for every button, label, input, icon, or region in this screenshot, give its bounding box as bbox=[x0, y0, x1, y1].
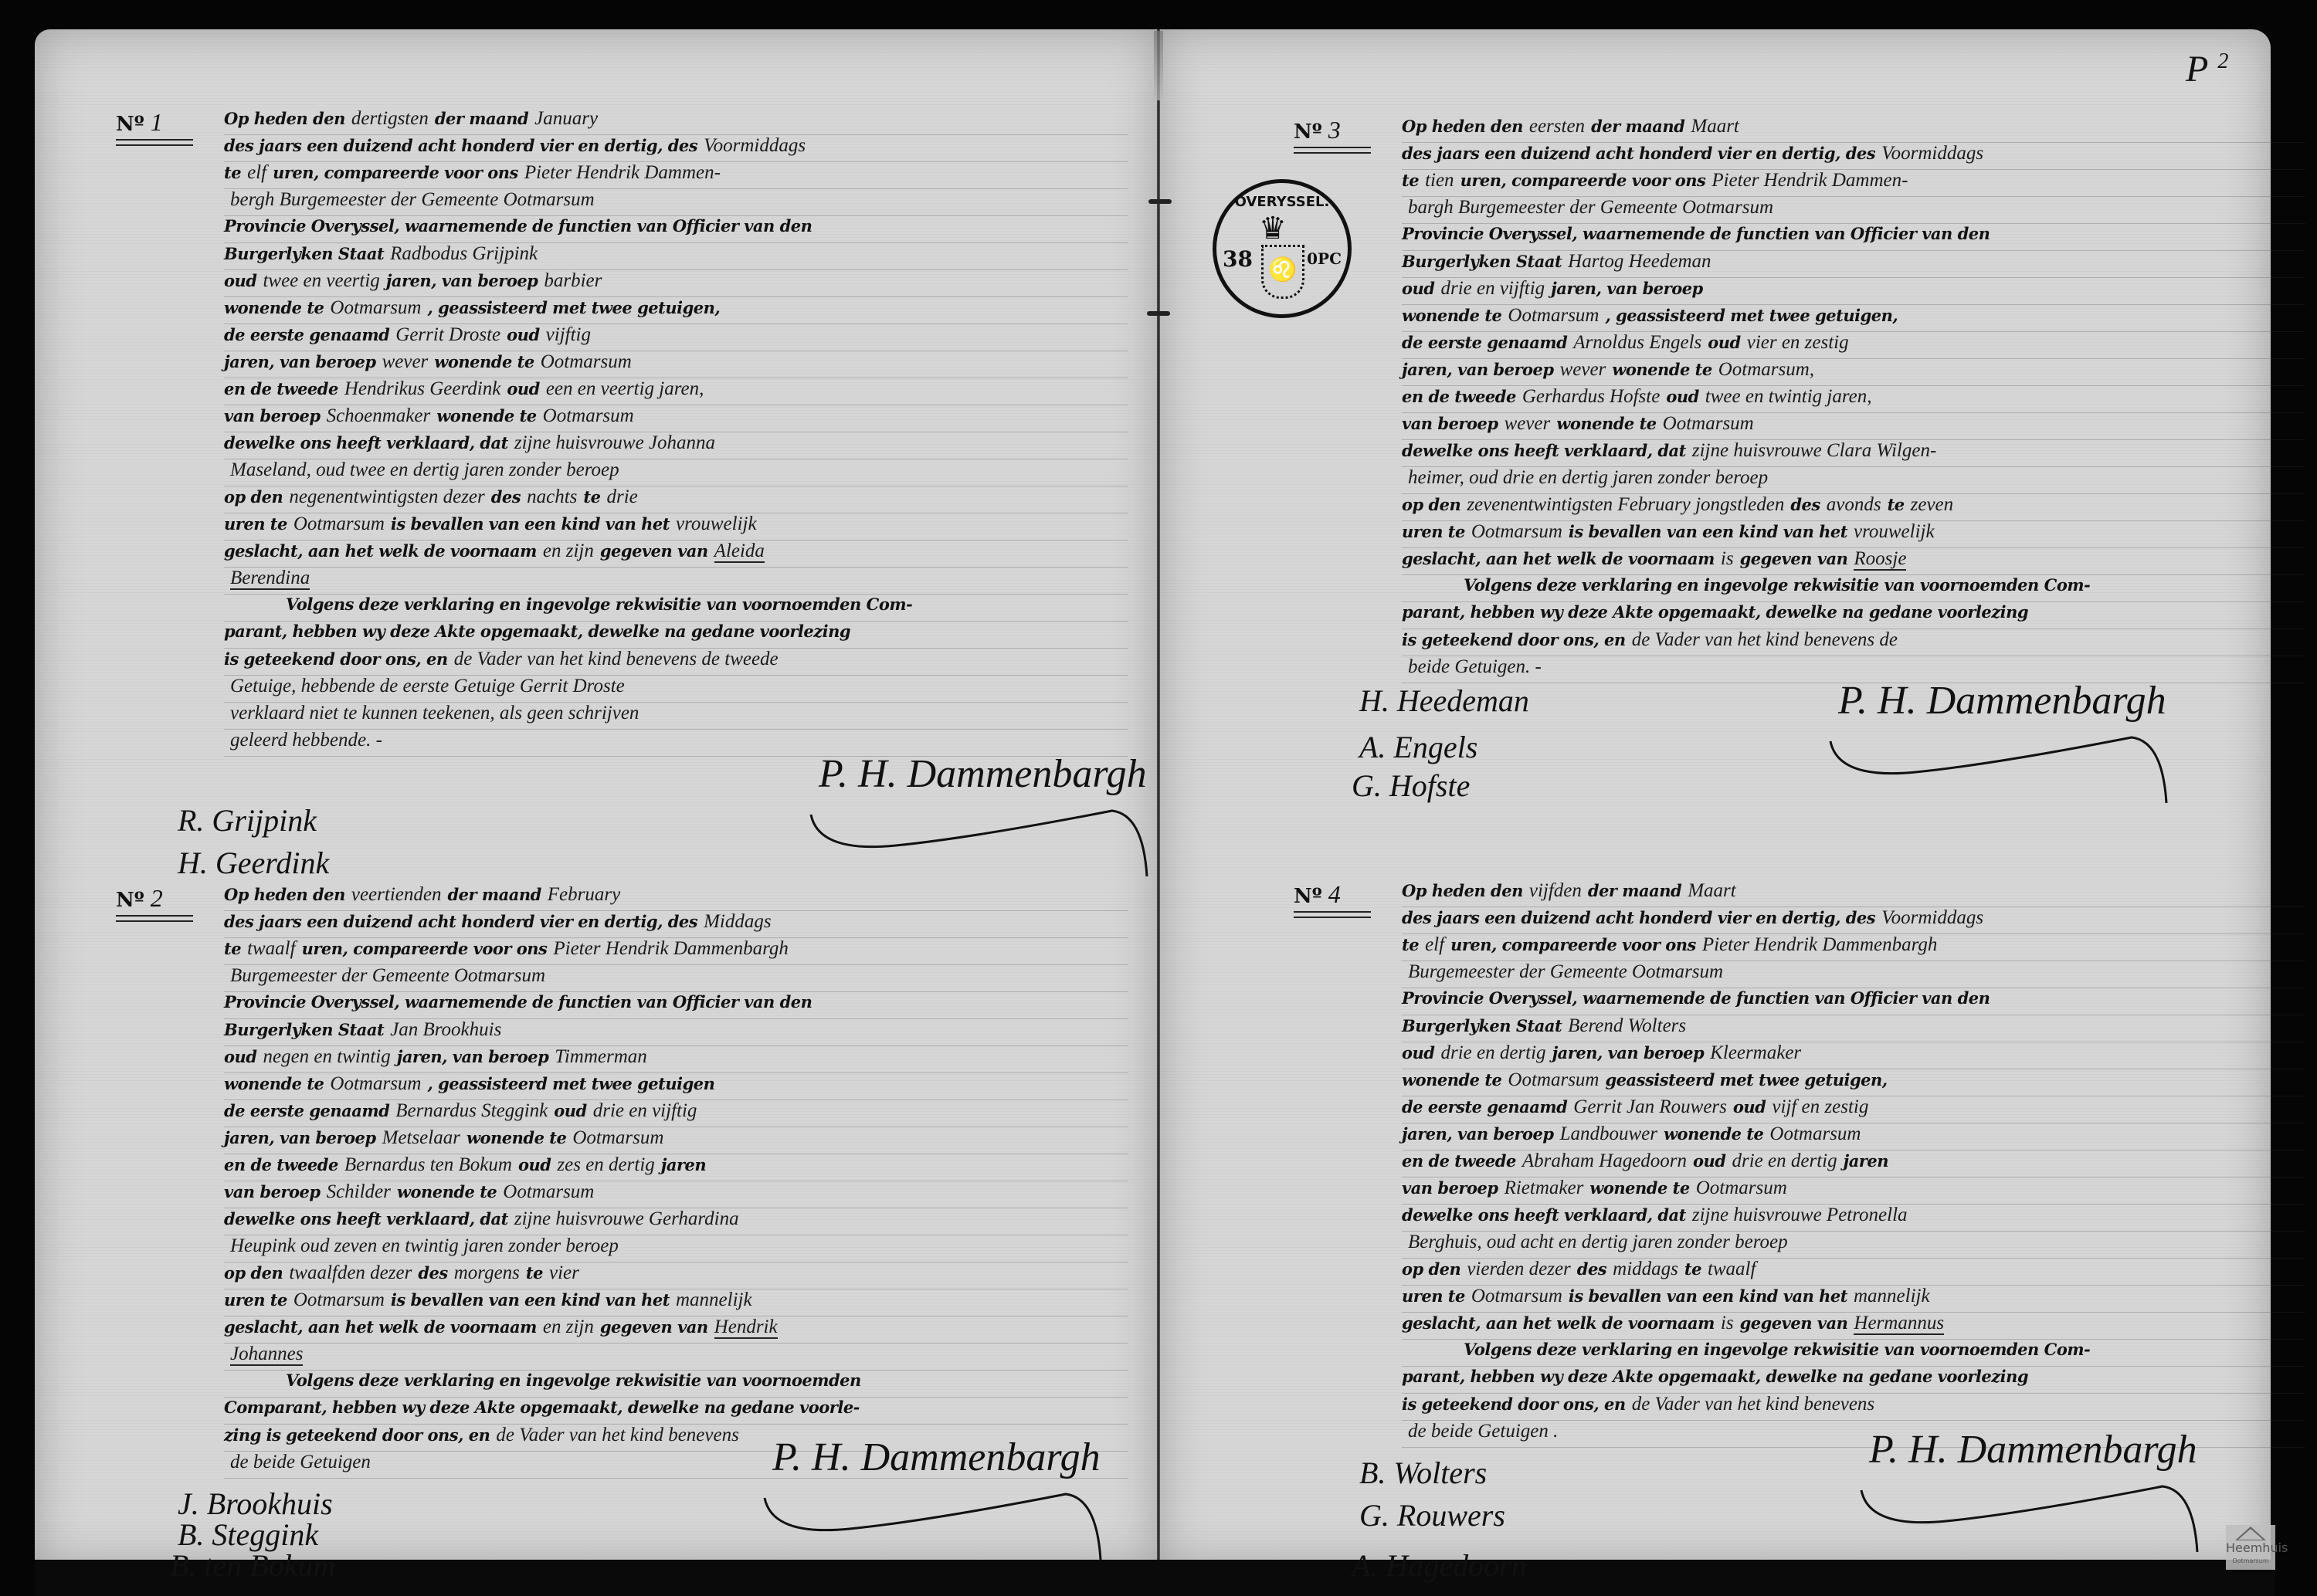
printed-text: Burgerlyken Staat bbox=[224, 1020, 384, 1039]
house-roof-icon bbox=[2235, 1527, 2266, 1540]
handwritten-entry: twaalfden dezer bbox=[289, 1262, 412, 1283]
record-line: Getuige, hebbende de eerste Getuige Gerr… bbox=[224, 676, 1128, 703]
handwritten-entry: Rietmaker bbox=[1505, 1178, 1584, 1198]
printed-text: wonende te bbox=[466, 1128, 566, 1147]
record-line: teelfuren, compareerde voor onsPieter He… bbox=[1402, 934, 2305, 961]
handwritten-entry: Hendrikus Geerdink bbox=[344, 378, 501, 399]
handwritten-entry: elf bbox=[247, 162, 266, 183]
witness-signature: A. Hagedoorn bbox=[1352, 1544, 1527, 1588]
printed-text: de eerste genaamd bbox=[224, 325, 389, 344]
record-line: Op heden denvijfdender maandMaart bbox=[1402, 880, 2305, 907]
handwritten-entry: Ootmarsum bbox=[543, 405, 634, 426]
book-spine bbox=[1157, 29, 1160, 1566]
printed-text: jaren, van beroep bbox=[1402, 1124, 1554, 1144]
handwritten-entry: Berendina bbox=[230, 568, 310, 590]
printed-text: te bbox=[526, 1263, 543, 1283]
handwritten-entry: Roosje bbox=[1854, 548, 1906, 571]
record-line: de eerste genaamdBernardus Stegginkouddr… bbox=[224, 1100, 1128, 1127]
birth-record-3: Nº3Op heden deneerstender maandMaartdes … bbox=[1402, 116, 2305, 683]
printed-text: te bbox=[224, 939, 241, 958]
printed-text: wonende te bbox=[434, 352, 534, 371]
printed-text: te bbox=[1888, 495, 1905, 514]
handwritten-entry: Voormiddags bbox=[1881, 143, 1983, 164]
handwritten-entry: Ootmarsum, bbox=[1718, 359, 1814, 380]
printed-text: op den bbox=[1402, 1259, 1460, 1279]
witness-signature: B. ten Bokum bbox=[170, 1544, 335, 1588]
record-line: Volgens deze verklaring en ingevolge rek… bbox=[224, 595, 1128, 622]
handwritten-entry: drie bbox=[606, 486, 637, 507]
record-line: Comparant, hebben wy deze Akte opgemaakt… bbox=[224, 1398, 1128, 1425]
printed-text: is geteekend door ons, en bbox=[1402, 630, 1626, 649]
printed-text: Op heden den bbox=[224, 109, 345, 128]
handwritten-entry: Aleida bbox=[714, 540, 765, 563]
handwritten-entry: vrouwelijk bbox=[1854, 521, 1935, 542]
printed-text: oud bbox=[224, 271, 256, 290]
handwritten-entry: vijftig bbox=[546, 324, 591, 345]
record-line: Op heden deneerstender maandMaart bbox=[1402, 116, 2305, 143]
printed-text: parant, hebben wy deze Akte opgemaakt, d… bbox=[224, 622, 850, 641]
printed-text: der maand bbox=[435, 109, 528, 128]
printed-text: des bbox=[418, 1263, 447, 1283]
stamp-value-right: 0PC bbox=[1307, 249, 1342, 268]
record-line: de eerste genaamdGerrit Drosteoudvijftig bbox=[224, 324, 1128, 351]
printed-text: , geassisteerd met twee getuigen bbox=[427, 1074, 714, 1093]
handwritten-entry: zijne huisvrouwe Johanna bbox=[514, 432, 715, 453]
handwritten-entry: twee en veertig bbox=[263, 270, 379, 291]
printed-text: Provincie Overyssel, waarnemende de func… bbox=[224, 992, 812, 1011]
record-number: Nº4 bbox=[1294, 880, 1341, 909]
handwritten-entry: Ootmarsum bbox=[330, 297, 421, 318]
printed-text: op den bbox=[224, 487, 283, 507]
handwritten-entry: Johannes bbox=[230, 1344, 303, 1366]
birth-record-4: Nº4Op heden denvijfdender maandMaartdes … bbox=[1402, 880, 2305, 1448]
record-line: dewelke ons heeft verklaard, datzijne hu… bbox=[224, 1208, 1128, 1235]
record-line: oudtwee en veertigjaren, van beroepbarbi… bbox=[224, 270, 1128, 297]
witness-signature: A. Engels bbox=[1359, 726, 1477, 769]
printed-text: gegeven van bbox=[1740, 549, 1848, 568]
record-line: is geteekend door ons, ende Vader van he… bbox=[1402, 1394, 2305, 1421]
handwritten-entry: de beide Getuigen . bbox=[1408, 1421, 1558, 1442]
record-line: Berendina bbox=[224, 568, 1128, 595]
record-line: geslacht, aan het welk de voornaamen zij… bbox=[224, 1316, 1128, 1344]
handwritten-entry: de Vader van het kind benevens de tweede bbox=[454, 649, 779, 669]
scanned-register-spread: P2 OVERYSSEL. ♛ 38 ♌ 0PC Nº1Op heden den… bbox=[0, 0, 2317, 1596]
printed-text: Volgens deze verklaring en ingevolge rek… bbox=[286, 1371, 861, 1390]
record-line: jaren, van beroepweverwonende teOotmarsu… bbox=[1402, 359, 2305, 386]
handwritten-entry: Bernardus Steggink bbox=[395, 1100, 548, 1121]
printed-text: des bbox=[1790, 495, 1820, 514]
printed-text: wonende te bbox=[397, 1182, 497, 1201]
printed-text: des bbox=[491, 487, 521, 507]
printed-text: uren te bbox=[224, 1290, 287, 1310]
handwritten-entry: Berend Wolters bbox=[1568, 1015, 1686, 1036]
record-number: Nº3 bbox=[1294, 116, 1341, 144]
printed-text: te bbox=[583, 487, 600, 507]
printed-text: te bbox=[224, 163, 241, 182]
printed-text: des jaars een duizend acht honderd vier … bbox=[224, 912, 697, 931]
record-line: de eerste genaamdArnoldus Engelsoudvier … bbox=[1402, 332, 2305, 359]
handwritten-entry: Schilder bbox=[327, 1181, 391, 1202]
record-line: des jaars een duizend acht honderd vier … bbox=[224, 911, 1128, 938]
record-line: Provincie Overyssel, waarnemende de func… bbox=[1402, 224, 2305, 251]
printed-text: uren, compareerde voor ons bbox=[1460, 171, 1706, 190]
printed-text: wonende te bbox=[1589, 1178, 1689, 1198]
handwritten-entry: vrouwelijk bbox=[676, 513, 757, 534]
printed-text: oud bbox=[518, 1155, 551, 1174]
handwritten-entry: Gerhardus Hofste bbox=[1522, 386, 1660, 407]
record-line: uren teOotmarsumis bevallen van een kind… bbox=[224, 1289, 1128, 1316]
handwritten-entry: negen en twintig bbox=[263, 1046, 390, 1067]
handwritten-entry: zijne huisvrouwe Gerhardina bbox=[514, 1208, 739, 1229]
record-line: wonende teOotmarsumgeassisteerd met twee… bbox=[1402, 1069, 2305, 1096]
handwritten-entry: Burgemeester der Gemeente Ootmarsum bbox=[1408, 961, 1723, 982]
printed-text: oud bbox=[1708, 333, 1740, 352]
printed-text: dewelke ons heeft verklaard, dat bbox=[224, 1209, 508, 1228]
printed-text: gegeven van bbox=[1740, 1313, 1848, 1333]
printed-text: zing is geteekend door ons, en bbox=[224, 1425, 490, 1445]
printed-text: is bevallen van een kind van het bbox=[391, 1290, 670, 1310]
printed-text: de eerste genaamd bbox=[224, 1101, 389, 1120]
record-line: dewelke ons heeft verklaard, datzijne hu… bbox=[1402, 440, 2305, 467]
printed-text: op den bbox=[1402, 495, 1460, 514]
handwritten-entry: Ootmarsum bbox=[1471, 1286, 1562, 1306]
record-line: Heupink oud zeven en twintig jaren zonde… bbox=[224, 1235, 1128, 1262]
record-line: en de tweedeGerhardus Hofsteoudtwee en t… bbox=[1402, 386, 2305, 413]
record-line: uren teOotmarsumis bevallen van een kind… bbox=[1402, 1286, 2305, 1313]
handwritten-entry: verklaard niet te kunnen teekenen, als g… bbox=[230, 703, 639, 723]
witness-signature: G. Rouwers bbox=[1359, 1494, 1505, 1537]
record-line: dewelke ons heeft verklaard, datzijne hu… bbox=[1402, 1205, 2305, 1232]
printed-text: jaren, van beroep bbox=[386, 271, 538, 290]
record-line: Johannes bbox=[224, 1344, 1128, 1371]
printed-text: Provincie Overyssel, waarnemende de func… bbox=[1402, 224, 1990, 243]
printed-text: uren te bbox=[1402, 522, 1465, 541]
watermark-brand: Heemhuis bbox=[2226, 1540, 2275, 1555]
handwritten-entry: negenentwintigsten dezer bbox=[289, 486, 484, 507]
printed-text: parant, hebben wy deze Akte opgemaakt, d… bbox=[1402, 1367, 2028, 1386]
record-line: Burgerlyken StaatBerend Wolters bbox=[1402, 1015, 2305, 1042]
handwritten-entry: veertienden bbox=[351, 884, 442, 905]
record-line: des jaars een duizend acht honderd vier … bbox=[1402, 907, 2305, 934]
record-number: Nº2 bbox=[116, 884, 163, 913]
handwritten-entry: morgens bbox=[454, 1262, 520, 1283]
printed-text: Provincie Overyssel, waarnemende de func… bbox=[224, 216, 812, 236]
handwritten-entry: Hermannus bbox=[1854, 1313, 1944, 1335]
handwritten-entry: Ootmarsum bbox=[1508, 1069, 1599, 1090]
printed-text: wonende te bbox=[224, 1074, 324, 1093]
handwritten-entry: Gerrit Droste bbox=[395, 324, 500, 345]
handwritten-entry: Kleermaker bbox=[1710, 1042, 1801, 1063]
printed-text: is geteekend door ons, en bbox=[1402, 1394, 1626, 1414]
handwritten-entry: bargh Burgemeester der Gemeente Ootmarsu… bbox=[1408, 197, 1773, 218]
witness-signature: B. Wolters bbox=[1359, 1452, 1487, 1495]
printed-text: gegeven van bbox=[600, 541, 708, 561]
mayor-signature: P. H. Dammenbargh bbox=[772, 1436, 1101, 1479]
handwritten-entry: en zijn bbox=[543, 540, 594, 561]
handwritten-entry: Bernardus ten Bokum bbox=[344, 1154, 512, 1175]
record-line: parant, hebben wy deze Akte opgemaakt, d… bbox=[1402, 602, 2305, 629]
record-line: Burgemeester der Gemeente Ootmarsum bbox=[224, 965, 1128, 992]
printed-text: der maand bbox=[1588, 881, 1681, 900]
printed-text: van beroep bbox=[224, 406, 321, 425]
folio-mark: P bbox=[2186, 49, 2208, 90]
printed-text: is bevallen van een kind van het bbox=[1569, 522, 1847, 541]
handwritten-entry: Hartog Heedeman bbox=[1568, 251, 1711, 272]
stamp-province-text: OVERYSSEL. bbox=[1216, 194, 1348, 210]
record-line: Burgemeester der Gemeente Ootmarsum bbox=[1402, 961, 2305, 988]
handwritten-entry: heimer, oud drie en dertig jaren zonder … bbox=[1408, 467, 1768, 488]
handwritten-entry: Ootmarsum bbox=[1696, 1178, 1787, 1198]
handwritten-entry: Arnoldus Engels bbox=[1573, 332, 1701, 353]
handwritten-entry: Maseland, oud twee en dertig jaren zonde… bbox=[230, 459, 619, 480]
printed-text: oud bbox=[507, 325, 539, 344]
printed-text: des jaars een duizend acht honderd vier … bbox=[224, 136, 697, 155]
revenue-stamp: OVERYSSEL. ♛ 38 ♌ 0PC bbox=[1213, 179, 1352, 318]
handwritten-entry: mannelijk bbox=[676, 1289, 752, 1310]
handwritten-entry: Getuige, hebbende de eerste Getuige Gerr… bbox=[230, 676, 625, 696]
record-line: en de tweedeHendrikus Geerdinkoudeen en … bbox=[224, 378, 1128, 405]
birth-record-2: Nº2Op heden denveertiendender maandFebru… bbox=[224, 884, 1128, 1479]
record-line: van beroepRietmakerwonende teOotmarsum bbox=[1402, 1178, 2305, 1205]
folio-page-number: 2 bbox=[2217, 49, 2228, 73]
handwritten-entry: zijne huisvrouwe Clara Wilgen- bbox=[1692, 440, 1936, 461]
record-line: Maseland, oud twee en dertig jaren zonde… bbox=[224, 459, 1128, 486]
record-line: parant, hebben wy deze Akte opgemaakt, d… bbox=[1402, 1367, 2305, 1394]
handwritten-entry: zes en dertig bbox=[557, 1154, 654, 1175]
handwritten-entry: vier bbox=[549, 1262, 579, 1283]
handwritten-entry: de Vader van het kind benevens bbox=[496, 1425, 738, 1445]
record-line: verklaard niet te kunnen teekenen, als g… bbox=[224, 703, 1128, 730]
handwritten-entry: mannelijk bbox=[1854, 1286, 1930, 1306]
signature-flourish-icon bbox=[803, 799, 1158, 884]
handwritten-entry: een en veertig jaren, bbox=[546, 378, 704, 399]
printed-text: jaren bbox=[661, 1155, 706, 1174]
handwritten-entry: drie en dertig bbox=[1732, 1150, 1837, 1171]
handwritten-entry: Timmerman bbox=[555, 1046, 646, 1067]
printed-text: , geassisteerd met twee getuigen, bbox=[427, 298, 720, 317]
handwritten-entry: zijne huisvrouwe Petronella bbox=[1692, 1205, 1908, 1225]
handwritten-entry: is bbox=[1721, 548, 1734, 569]
printed-text: Op heden den bbox=[1402, 881, 1523, 900]
record-line: van beroepSchilderwonende teOotmarsum bbox=[224, 1181, 1128, 1208]
printed-text: Volgens deze verklaring en ingevolge rek… bbox=[1464, 575, 2090, 595]
handwritten-entry: drie en dertig bbox=[1440, 1042, 1545, 1063]
handwritten-entry: geleerd hebbende. - bbox=[230, 730, 382, 751]
handwritten-entry: twaalf bbox=[247, 938, 296, 959]
handwritten-entry: wever bbox=[382, 351, 429, 372]
record-line: ouddrie en vijftigjaren, van beroep bbox=[1402, 278, 2305, 305]
handwritten-entry: zeven bbox=[1911, 494, 1954, 515]
record-line: des jaars een duizend acht honderd vier … bbox=[224, 135, 1128, 162]
record-line: op denvierden dezerdesmiddagstetwaalf bbox=[1402, 1259, 2305, 1286]
folio-number: P2 bbox=[2186, 48, 2228, 90]
printed-text: jaren, van beroep bbox=[224, 1128, 376, 1147]
spine-shadow bbox=[1154, 31, 1163, 100]
printed-text: te bbox=[1684, 1259, 1701, 1279]
printed-text: uren te bbox=[224, 514, 287, 534]
record-line: teelfuren, compareerde voor onsPieter He… bbox=[224, 162, 1128, 189]
handwritten-entry: Ootmarsum bbox=[293, 513, 385, 534]
record-line: geslacht, aan het welk de voornaamisgege… bbox=[1402, 1313, 2305, 1340]
printed-text: oud bbox=[1733, 1097, 1766, 1117]
printed-text: oud bbox=[554, 1101, 586, 1120]
record-line: bargh Burgemeester der Gemeente Ootmarsu… bbox=[1402, 197, 2305, 224]
record-line: van beroepweverwonende teOotmarsum bbox=[1402, 413, 2305, 440]
printed-text: en de tweede bbox=[224, 1155, 338, 1174]
record-line: uren teOotmarsumis bevallen van een kind… bbox=[224, 513, 1128, 540]
record-line: Volgens deze verklaring en ingevolge rek… bbox=[1402, 575, 2305, 602]
printed-text: der maand bbox=[447, 885, 541, 904]
handwritten-entry: Voormiddags bbox=[1881, 907, 1983, 928]
record-line: Op heden denveertiendender maandFebruary bbox=[224, 884, 1128, 911]
signature-flourish-icon bbox=[757, 1482, 1112, 1567]
handwritten-entry: de Vader van het kind benevens bbox=[1632, 1394, 1874, 1415]
birth-record-1: Nº1Op heden dendertigstender maandJanuar… bbox=[224, 108, 1128, 757]
record-line: des jaars een duizend acht honderd vier … bbox=[1402, 143, 2305, 170]
printed-text: is geteekend door ons, en bbox=[224, 649, 448, 669]
printed-text: gegeven van bbox=[600, 1317, 708, 1337]
handwritten-entry: Landbouwer bbox=[1560, 1123, 1657, 1144]
record-line: Provincie Overyssel, waarnemende de func… bbox=[224, 992, 1128, 1019]
printed-text: wonende te bbox=[1556, 414, 1656, 433]
signature-flourish-icon bbox=[1854, 1475, 2209, 1560]
record-line: oudnegen en twintigjaren, van beroepTimm… bbox=[224, 1046, 1128, 1073]
handwritten-entry: Ootmarsum bbox=[572, 1127, 663, 1148]
printed-text: en de tweede bbox=[1402, 387, 1516, 406]
record-line: is geteekend door ons, ende Vader van he… bbox=[1402, 629, 2305, 656]
handwritten-entry: Hendrik bbox=[714, 1316, 778, 1339]
printed-text: geslacht, aan het welk de voornaam bbox=[1402, 549, 1715, 568]
printed-text: te bbox=[1402, 935, 1419, 954]
record-line: jaren, van beroepweverwonende teOotmarsu… bbox=[224, 351, 1128, 378]
handwritten-entry: en zijn bbox=[543, 1316, 594, 1337]
printed-text: oud bbox=[1693, 1151, 1725, 1171]
printed-text: geassisteerd met twee getuigen, bbox=[1605, 1070, 1887, 1089]
printed-text: wonende te bbox=[1612, 360, 1711, 379]
printed-text: des jaars een duizend acht honderd vier … bbox=[1402, 144, 1875, 163]
handwritten-entry: Ootmarsum bbox=[1471, 521, 1562, 542]
record-line: Burgerlyken StaatRadbodus Grijpink bbox=[224, 243, 1128, 270]
handwritten-entry: Maart bbox=[1688, 880, 1736, 901]
printed-text: wonende te bbox=[1402, 1070, 1501, 1089]
printed-text: oud bbox=[1402, 279, 1434, 298]
handwritten-entry: twee en twintig jaren, bbox=[1705, 386, 1872, 407]
record-line: wonende teOotmarsum, geassisteerd met tw… bbox=[224, 297, 1128, 324]
handwritten-entry: Metselaar bbox=[382, 1127, 460, 1148]
printed-text: wonende te bbox=[224, 298, 324, 317]
mayor-signature: P. H. Dammenbargh bbox=[1869, 1428, 2197, 1472]
handwritten-entry: wever bbox=[1505, 413, 1551, 434]
handwritten-entry: Pieter Hendrik Dammen- bbox=[524, 162, 721, 183]
printed-text: wonende te bbox=[1402, 306, 1501, 325]
handwritten-entry: nachts bbox=[527, 486, 577, 507]
record-line: parant, hebben wy deze Akte opgemaakt, d… bbox=[224, 622, 1128, 649]
printed-text: van beroep bbox=[1402, 414, 1498, 433]
printed-text: Burgerlyken Staat bbox=[1402, 1016, 1562, 1035]
printed-text: geslacht, aan het welk de voornaam bbox=[1402, 1313, 1715, 1333]
printed-text: uren, compareerde voor ons bbox=[273, 163, 518, 182]
mayor-signature: P. H. Dammenbargh bbox=[1838, 679, 2166, 723]
handwritten-entry: vierden dezer bbox=[1467, 1259, 1570, 1279]
handwritten-entry: Maart bbox=[1691, 116, 1739, 137]
printed-text: jaren bbox=[1844, 1151, 1888, 1171]
handwritten-entry: eersten bbox=[1529, 116, 1585, 137]
record-line: Op heden dendertigstender maandJanuary bbox=[224, 108, 1128, 135]
handwritten-entry: barbier bbox=[544, 270, 602, 291]
printed-text: Burgerlyken Staat bbox=[224, 244, 384, 263]
handwritten-entry: drie en vijftig bbox=[1440, 278, 1545, 299]
handwritten-entry: Abraham Hagedoorn bbox=[1522, 1150, 1687, 1171]
handwritten-entry: beide Getuigen. - bbox=[1408, 656, 1542, 677]
binding-stitch bbox=[1147, 311, 1170, 316]
printed-text: wonende te bbox=[1664, 1124, 1763, 1144]
printed-text: van beroep bbox=[1402, 1178, 1498, 1198]
record-line: en de tweedeAbraham Hagedoornouddrie en … bbox=[1402, 1150, 2305, 1178]
handwritten-entry: bergh Burgemeester der Gemeente Ootmarsu… bbox=[230, 189, 595, 210]
record-number: Nº1 bbox=[116, 108, 163, 137]
record-line: tetwaalfuren, compareerde voor onsPieter… bbox=[224, 938, 1128, 965]
handwritten-entry: twaalf bbox=[1708, 1259, 1756, 1279]
printed-text: Comparant, hebben wy deze Akte opgemaakt… bbox=[224, 1398, 860, 1417]
printed-text: is bevallen van een kind van het bbox=[1569, 1286, 1847, 1306]
record-line: de eerste genaamdGerrit Jan Rouwersoudvi… bbox=[1402, 1096, 2305, 1123]
handwritten-entry: Ootmarsum bbox=[1663, 413, 1754, 434]
handwritten-entry: zevenentwintigsten February jongstleden bbox=[1467, 494, 1784, 515]
printed-text: oud bbox=[1402, 1043, 1434, 1062]
record-line: van beroepSchoenmakerwonende teOotmarsum bbox=[224, 405, 1128, 432]
witness-signature: H. Heedeman bbox=[1359, 679, 1529, 723]
handwritten-entry: is bbox=[1721, 1313, 1734, 1333]
binding-stitch bbox=[1148, 199, 1172, 204]
printed-text: jaren, van beroep bbox=[224, 352, 376, 371]
record-line: Berghuis, oud acht en dertig jaren zonde… bbox=[1402, 1232, 2305, 1259]
record-line: Burgerlyken StaatHartog Heedeman bbox=[1402, 251, 2305, 278]
printed-text: , geassisteerd met twee getuigen, bbox=[1605, 306, 1898, 325]
witness-signature: R. Grijpink bbox=[178, 799, 317, 842]
handwritten-entry: Ootmarsum bbox=[541, 351, 632, 372]
handwritten-entry: vijf en zestig bbox=[1772, 1096, 1868, 1117]
handwritten-entry: tien bbox=[1425, 170, 1454, 191]
handwritten-entry: Pieter Hendrik Dammen- bbox=[1711, 170, 1908, 191]
record-line: uren teOotmarsumis bevallen van een kind… bbox=[1402, 521, 2305, 548]
handwritten-entry: Heupink oud zeven en twintig jaren zonde… bbox=[230, 1235, 619, 1256]
handwritten-entry: February bbox=[548, 884, 620, 905]
crown-icon: ♛ bbox=[1259, 211, 1287, 246]
handwritten-entry: de Vader van het kind benevens de bbox=[1632, 629, 1898, 650]
handwritten-entry: elf bbox=[1425, 934, 1444, 955]
handwritten-entry: wever bbox=[1560, 359, 1606, 380]
record-line: Volgens deze verklaring en ingevolge rek… bbox=[1402, 1340, 2305, 1367]
record-line: op dennegenentwintigsten dezerdesnachtst… bbox=[224, 486, 1128, 513]
record-line: heimer, oud drie en dertig jaren zonder … bbox=[1402, 467, 2305, 494]
mayor-signature: P. H. Dammenbargh bbox=[819, 753, 1147, 796]
record-line: op dentwaalfden dezerdesmorgenstevier bbox=[224, 1262, 1128, 1289]
lion-shield-icon: ♌ bbox=[1261, 245, 1304, 299]
handwritten-entry: vier en zestig bbox=[1747, 332, 1849, 353]
printed-text: Burgerlyken Staat bbox=[1402, 252, 1562, 271]
printed-text: de eerste genaamd bbox=[1402, 1097, 1567, 1117]
handwritten-entry: de beide Getuigen bbox=[230, 1452, 371, 1472]
printed-text: jaren, van beroep bbox=[1552, 1043, 1705, 1062]
printed-text: is bevallen van een kind van het bbox=[391, 514, 670, 534]
printed-text: Op heden den bbox=[1402, 117, 1523, 136]
printed-text: dewelke ons heeft verklaard, dat bbox=[1402, 441, 1686, 460]
printed-text: en de tweede bbox=[1402, 1151, 1516, 1171]
handwritten-entry: Ootmarsum bbox=[503, 1181, 594, 1202]
printed-text: Volgens deze verklaring en ingevolge rek… bbox=[1464, 1340, 2090, 1359]
handwritten-entry: avonds bbox=[1827, 494, 1881, 515]
signature-flourish-icon bbox=[1823, 726, 2178, 811]
